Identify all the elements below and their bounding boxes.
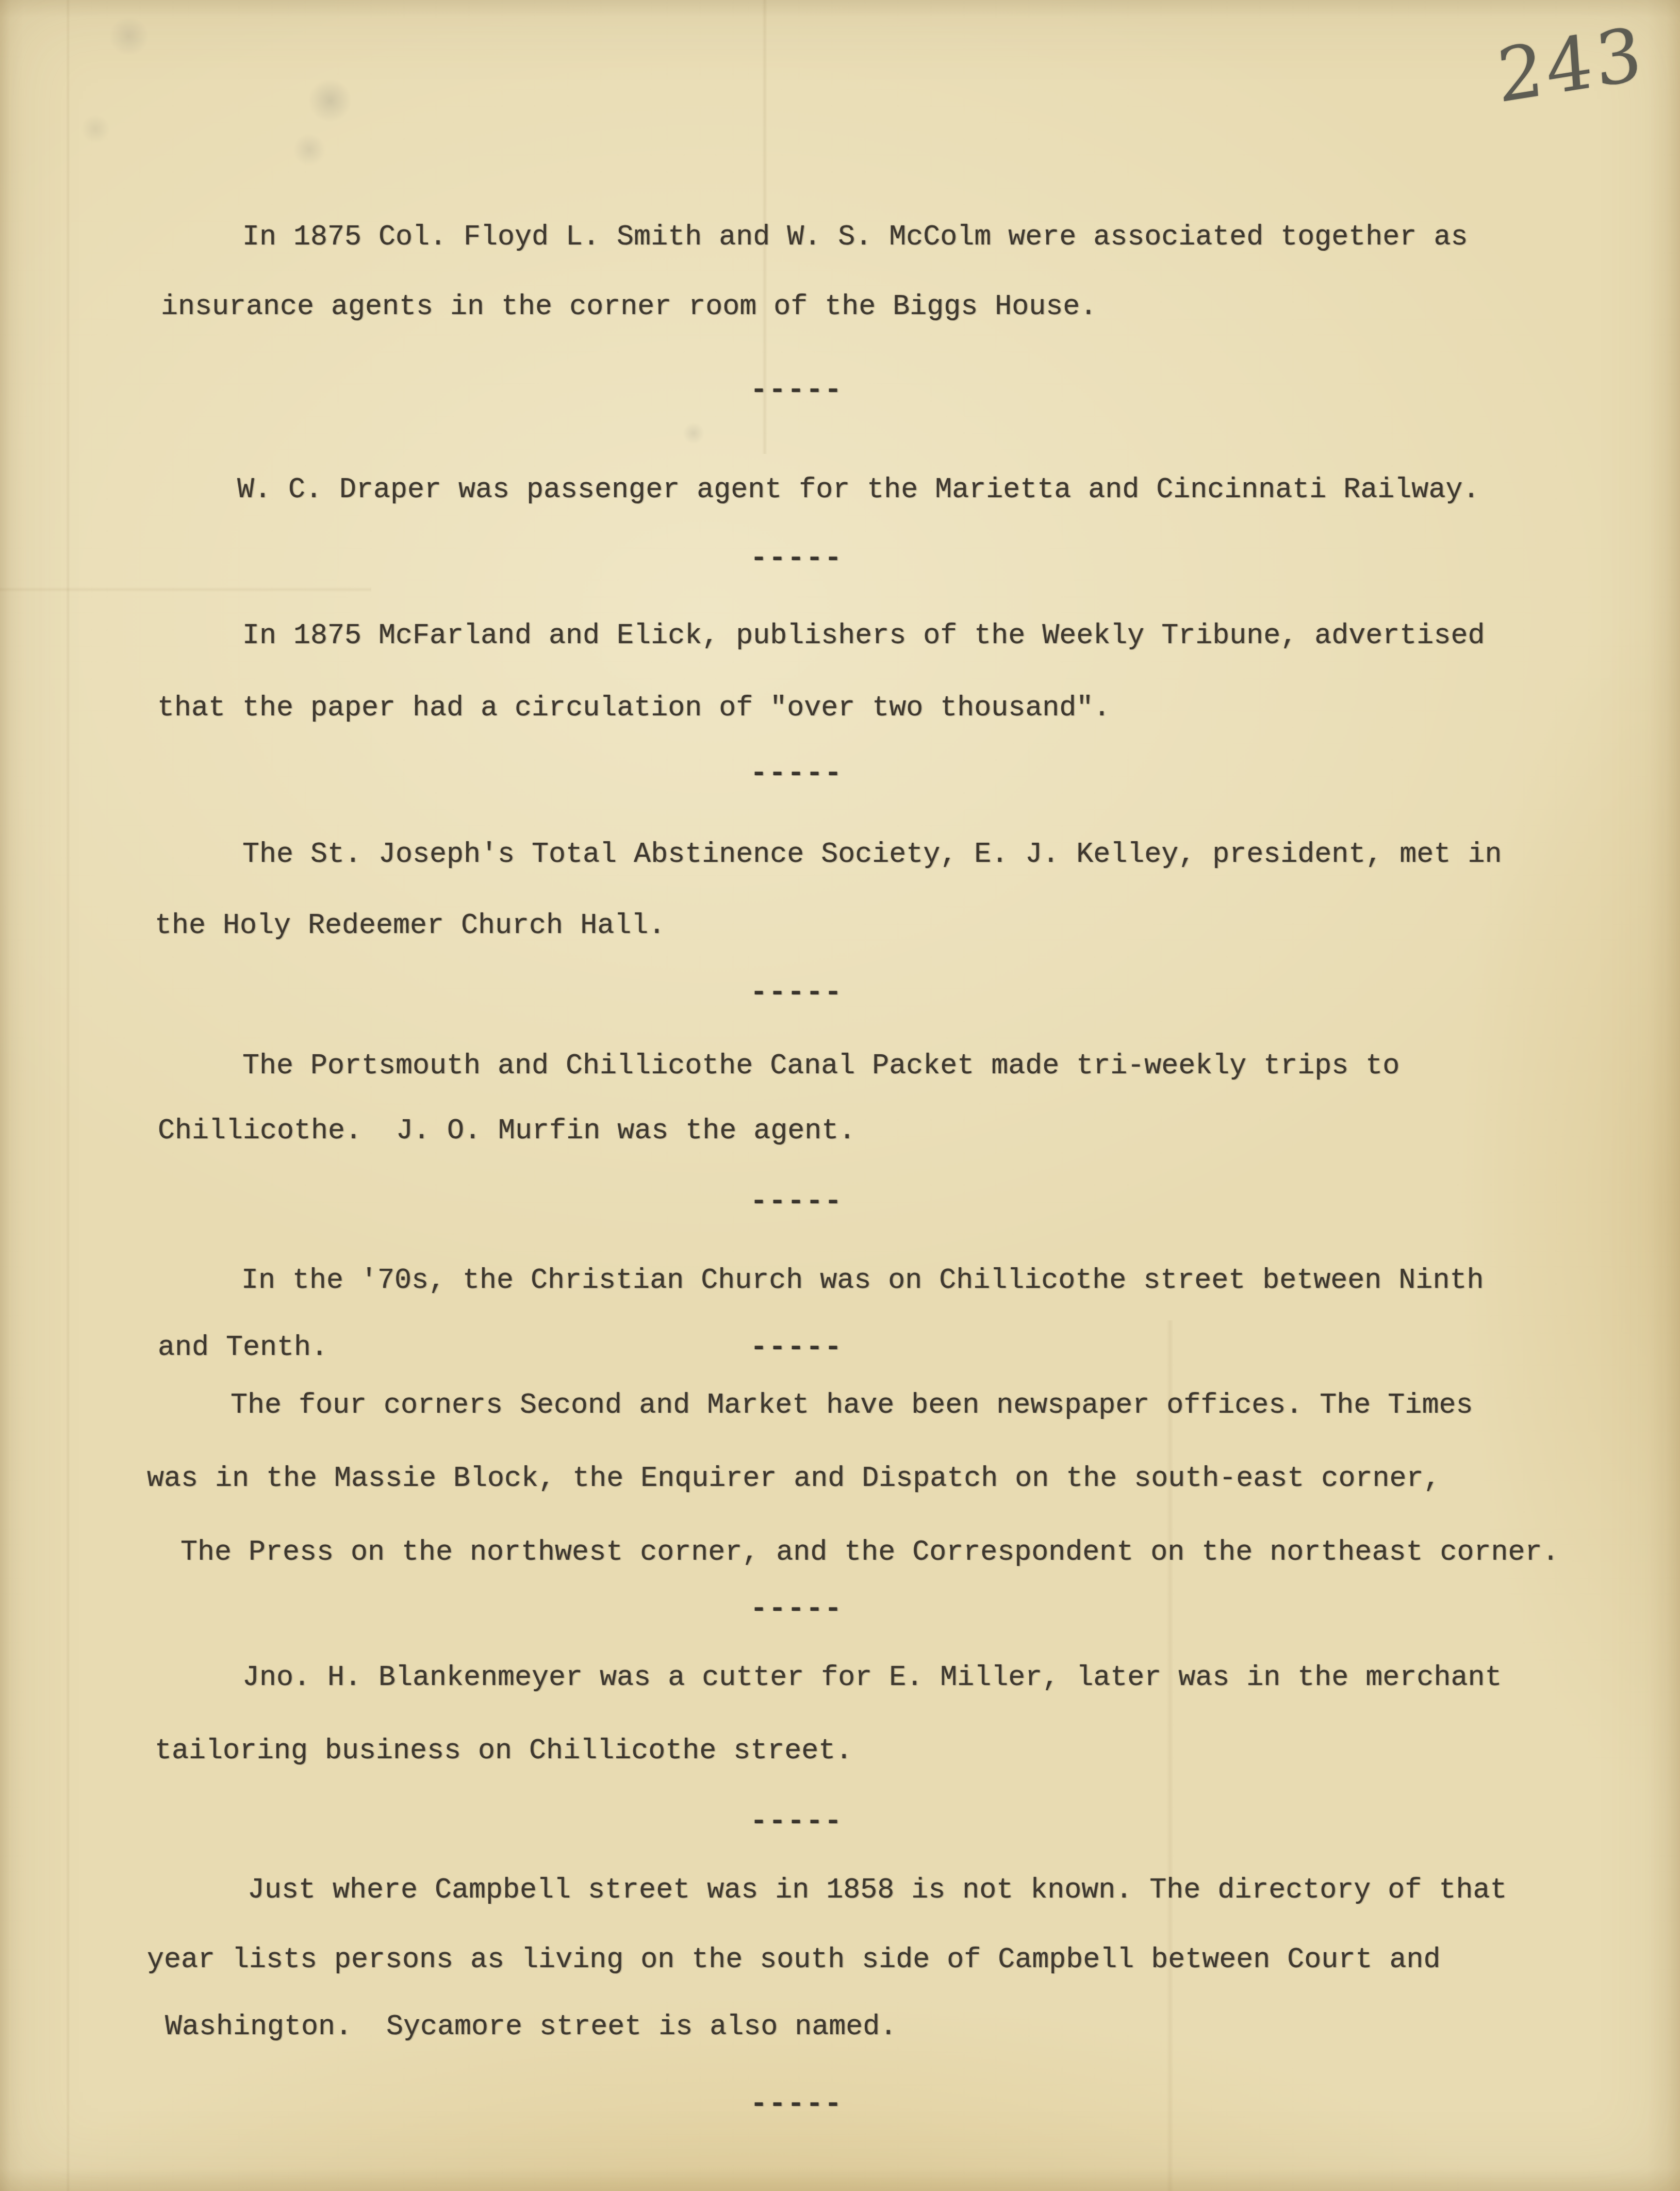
typed-line: Washington. Sycamore street is also name… [165, 2009, 897, 2045]
typed-line: tailoring business on Chillicothe street… [155, 1733, 852, 1769]
typed-line: was in the Massie Block, the Enquirer an… [147, 1461, 1440, 1497]
typed-line: The four corners Second and Market have … [230, 1387, 1473, 1424]
section-separator: ----- [750, 756, 843, 792]
section-separator: ----- [750, 1184, 843, 1220]
typed-line: the Holy Redeemer Church Hall. [155, 908, 665, 944]
typed-line: Just where Campbell street was in 1858 i… [248, 1872, 1507, 1908]
typed-line: In 1875 McFarland and Elick, publishers … [242, 618, 1485, 654]
section-separator: ----- [750, 1804, 843, 1840]
typed-line: The Portsmouth and Chillicothe Canal Pac… [242, 1048, 1399, 1084]
typed-line: that the paper had a circulation of "ove… [157, 690, 1110, 726]
typed-line: and Tenth. [158, 1330, 328, 1366]
typed-line: Chillicothe. J. O. Murfin was the agent. [158, 1113, 855, 1149]
section-separator: ----- [750, 1591, 843, 1627]
typed-line: year lists persons as living on the sout… [147, 1942, 1440, 1978]
typed-line: insurance agents in the corner room of t… [161, 289, 1097, 325]
document-page: 243 In 1875 Col. Floyd L. Smith and W. S… [0, 0, 1680, 2191]
typed-line: The St. Joseph's Total Abstinence Societ… [242, 837, 1502, 873]
section-separator: ----- [750, 1330, 843, 1366]
paper-crease [0, 587, 371, 592]
section-separator: ----- [750, 2086, 843, 2122]
section-separator: ----- [750, 372, 843, 408]
section-separator: ----- [750, 975, 843, 1011]
section-separator: ----- [750, 541, 843, 577]
paper-crease [66, 0, 70, 2191]
typed-line: W. C. Draper was passenger agent for the… [237, 472, 1479, 508]
paper-crease [1166, 1320, 1174, 2191]
page-number-handwritten: 243 [1494, 11, 1648, 119]
typed-line: In 1875 Col. Floyd L. Smith and W. S. Mc… [242, 219, 1468, 255]
typed-line: In the '70s, the Christian Church was on… [241, 1263, 1484, 1299]
typed-line: Jno. H. Blankenmeyer was a cutter for E.… [242, 1660, 1502, 1696]
typed-line: The Press on the northwest corner, and t… [180, 1534, 1559, 1571]
